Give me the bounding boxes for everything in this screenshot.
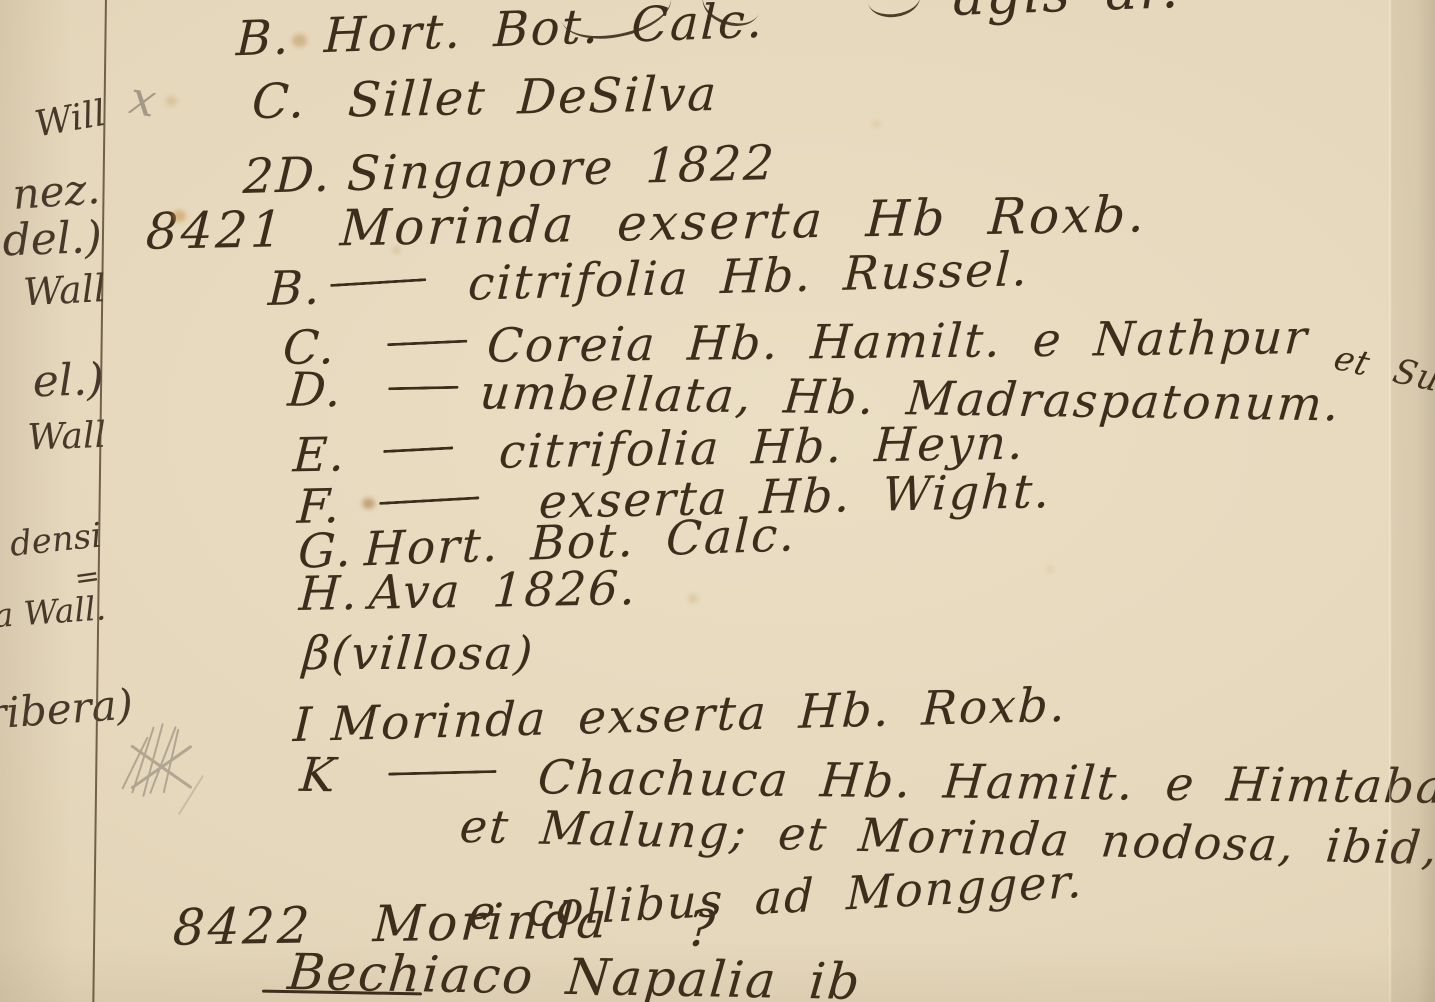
sub-entry-letter: β(villosa) bbox=[301, 626, 536, 680]
entry-text: Ava 1826. bbox=[368, 561, 639, 621]
margin-fragment: Wall bbox=[0, 269, 107, 313]
margin-fragment: (ribera) bbox=[0, 685, 109, 737]
entry-line: β(villosa) bbox=[301, 630, 536, 676]
page-edge-fold bbox=[1389, 0, 1435, 1002]
sub-entry-letter: B. bbox=[267, 264, 331, 313]
query-mark: ? bbox=[686, 903, 718, 954]
entry-line: IMorinda exserta Hb. Roxb. bbox=[292, 682, 1068, 749]
ditto-dash bbox=[383, 446, 453, 453]
cutoff-line-fragment: agis ar. bbox=[951, 0, 1181, 24]
entry-text: Coreia Hb. Hamilt. e Nathpur bbox=[485, 310, 1310, 374]
foxing-spot bbox=[362, 498, 375, 509]
foxing-spot bbox=[1046, 566, 1054, 573]
sub-entry-letter: E. bbox=[292, 431, 384, 480]
entry-number: 8421 bbox=[145, 200, 287, 260]
foxing-spot bbox=[688, 594, 698, 603]
ditto-dash bbox=[388, 386, 458, 390]
ditto-dash bbox=[379, 496, 479, 505]
entry-line: 2D.Singapore 1822 bbox=[242, 139, 777, 201]
entry-line: H.Ava 1826. bbox=[298, 565, 639, 618]
entry-title: Morinda bbox=[372, 891, 611, 953]
manuscript-page: agis ar. B.Hort. Bot. Calc. C.Sillet DeS… bbox=[0, 0, 1435, 1002]
sub-entry-letter: K bbox=[298, 752, 390, 800]
ditto-dash bbox=[387, 340, 467, 347]
sub-entry-letter: D. bbox=[286, 367, 390, 415]
cutoff-stroke bbox=[866, 0, 922, 20]
margin-fragment: el.) bbox=[0, 358, 105, 406]
margin-fragment: del.) bbox=[0, 216, 103, 264]
ditto-dash bbox=[330, 278, 426, 287]
foxing-spot bbox=[872, 120, 881, 128]
entry-line: B.Hort. Bot. Calc. bbox=[235, 0, 765, 63]
entry-text: Sillet DeSilva bbox=[347, 66, 720, 129]
sub-entry-letter: C. bbox=[251, 76, 350, 126]
margin-fragment: ea Wall. bbox=[0, 591, 107, 633]
entry-text: Morinda exserta Hb. Roxb. bbox=[330, 678, 1068, 752]
column-rule bbox=[92, 0, 107, 1002]
sub-entry-letter: I bbox=[292, 701, 332, 749]
entry-text: Hort. Bot. Calc. bbox=[323, 0, 765, 64]
margin-fragment: Will bbox=[6, 96, 109, 148]
entry-line: C.Coreia Hb. Hamilt. e Nathpur et Sukana… bbox=[282, 311, 1435, 372]
pencil-scribble bbox=[124, 720, 206, 810]
ditto-dash bbox=[388, 770, 496, 776]
sub-entry-letter: B. bbox=[235, 12, 325, 63]
foxing-spot bbox=[392, 246, 401, 254]
sub-entry-letter: H. bbox=[298, 570, 370, 618]
foxing-spot bbox=[172, 210, 186, 222]
entry-8422-heading: 8422 Morinda ? bbox=[172, 893, 720, 953]
margin-fragment: densi bbox=[0, 518, 103, 563]
pencil-x-mark: x bbox=[126, 70, 161, 128]
foxing-spot bbox=[166, 96, 177, 106]
entry-line: C.Sillet DeSilva bbox=[251, 70, 720, 126]
foxing-spot bbox=[292, 34, 307, 47]
margin-fragment: Wall bbox=[0, 418, 107, 458]
sub-entry-letter: 2D. bbox=[242, 150, 348, 201]
margin-fragment: nez. bbox=[0, 168, 101, 218]
